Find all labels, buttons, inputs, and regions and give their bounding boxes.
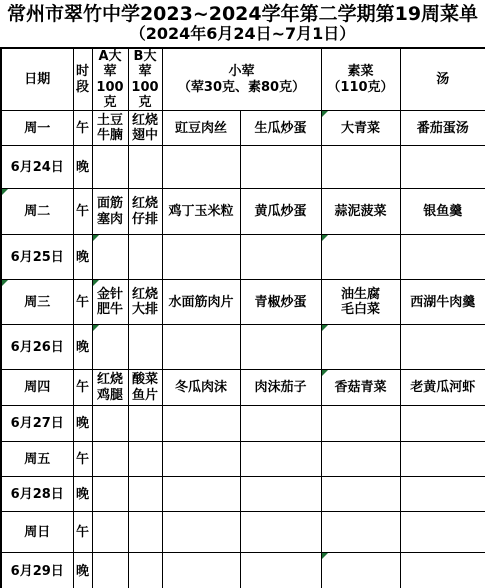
cell-small-dish-1 [162, 553, 240, 588]
cell-dish-a: 面筋 塞肉 [92, 189, 128, 235]
table-row: 周一午土豆 牛腩红烧 翅中豇豆肉丝生瓜炒蛋大青菜番茄蛋汤 [1, 111, 485, 146]
cell-soup [400, 477, 485, 512]
comment-marker-icon [93, 325, 99, 331]
cell-veg [321, 325, 400, 370]
comment-marker-icon [2, 280, 8, 286]
cell-date: 6月29日 [1, 553, 73, 588]
cell-small-dish-1: 冬瓜肉沫 [162, 370, 240, 406]
cell-small-dish-2 [240, 512, 321, 553]
cell-dish-a: 土豆 牛腩 [92, 111, 128, 146]
menu-title-line1: 常州市翠竹中学2023~2024学年第二学期第19周菜单 [7, 4, 478, 25]
cell-small-dish-2: 肉沫茄子 [240, 370, 321, 406]
cell-dish-b [128, 512, 162, 553]
cell-soup [400, 325, 485, 370]
cell-veg: 香菇青菜 [321, 370, 400, 406]
cell-dish-b [128, 477, 162, 512]
cell-date: 周日 [1, 512, 73, 553]
cell-date: 周三 [1, 280, 73, 325]
table-row: 周五午 [1, 442, 485, 477]
cell-small-dish-2 [240, 146, 321, 189]
cell-small-dish-1: 鸡丁玉米粒 [162, 189, 240, 235]
cell-date: 6月26日 [1, 325, 73, 370]
cell-period: 午 [73, 442, 92, 477]
header-small-dish: 小荤 （荤30克、素80克） [162, 48, 321, 111]
cell-small-dish-2 [240, 325, 321, 370]
comment-marker-icon [93, 280, 99, 286]
cell-soup: 老黄瓜河虾 [400, 370, 485, 406]
cell-period: 午 [73, 189, 92, 235]
cell-veg [321, 235, 400, 280]
table-row: 6月28日晚 [1, 477, 485, 512]
cell-small-dish-2: 黄瓜炒蛋 [240, 189, 321, 235]
cell-dish-a [92, 442, 128, 477]
menu-page: 常州市翠竹中学2023~2024学年第二学期第19周菜单 （2024年6月24日… [0, 0, 485, 588]
cell-small-dish-1 [162, 146, 240, 189]
cell-date: 6月28日 [1, 477, 73, 512]
page-title: 常州市翠竹中学2023~2024学年第二学期第19周菜单 （2024年6月24日… [0, 0, 485, 47]
cell-date: 周一 [1, 111, 73, 146]
menu-table-body: 周一午土豆 牛腩红烧 翅中豇豆肉丝生瓜炒蛋大青菜番茄蛋汤6月24日晚周二午面筋 … [1, 111, 485, 588]
table-row: 周四午红烧 鸡腿酸菜 鱼片冬瓜肉沫肉沫茄子香菇青菜老黄瓜河虾 [1, 370, 485, 406]
cell-dish-a [92, 512, 128, 553]
cell-date: 周四 [1, 370, 73, 406]
cell-dish-a [92, 146, 128, 189]
table-row: 6月25日晚 [1, 235, 485, 280]
comment-marker-icon [93, 235, 99, 241]
header-row: 日期 时段 A大 荤 100 克 B大 荤 100 克 小荤 （荤30克、素80… [1, 48, 485, 111]
cell-period: 午 [73, 111, 92, 146]
cell-small-dish-1 [162, 406, 240, 442]
cell-small-dish-1 [162, 325, 240, 370]
comment-marker-icon [322, 235, 328, 241]
menu-table-header: 日期 时段 A大 荤 100 克 B大 荤 100 克 小荤 （荤30克、素80… [1, 48, 485, 111]
cell-period: 晚 [73, 325, 92, 370]
cell-dish-b: 红烧 翅中 [128, 111, 162, 146]
cell-small-dish-2 [240, 235, 321, 280]
cell-period: 晚 [73, 235, 92, 280]
table-row: 6月26日晚 [1, 325, 485, 370]
cell-period: 晚 [73, 146, 92, 189]
cell-dish-b: 红烧 大排 [128, 280, 162, 325]
cell-dish-b [128, 406, 162, 442]
cell-veg [321, 406, 400, 442]
cell-veg [321, 512, 400, 553]
cell-small-dish-1 [162, 512, 240, 553]
cell-dish-a [92, 406, 128, 442]
cell-soup [400, 512, 485, 553]
cell-dish-a: 金针 肥牛 [92, 280, 128, 325]
header-date: 日期 [1, 48, 73, 111]
comment-marker-icon [322, 370, 328, 376]
cell-small-dish-2: 青椒炒蛋 [240, 280, 321, 325]
cell-small-dish-2 [240, 477, 321, 512]
table-row: 6月29日晚 [1, 553, 485, 588]
cell-dish-a [92, 477, 128, 512]
cell-date: 6月25日 [1, 235, 73, 280]
cell-dish-a [92, 553, 128, 588]
cell-dish-b: 酸菜 鱼片 [128, 370, 162, 406]
cell-dish-a [92, 235, 128, 280]
cell-dish-b [128, 553, 162, 588]
comment-marker-icon [322, 111, 328, 117]
header-soup: 汤 [400, 48, 485, 111]
header-period: 时段 [73, 48, 92, 111]
cell-small-dish-1 [162, 442, 240, 477]
menu-title-line2: （2024年6月24日~7月1日） [130, 25, 356, 43]
cell-veg [321, 146, 400, 189]
cell-date: 周五 [1, 442, 73, 477]
cell-small-dish-1 [162, 235, 240, 280]
cell-small-dish-2 [240, 553, 321, 588]
cell-period: 午 [73, 370, 92, 406]
cell-period: 午 [73, 512, 92, 553]
cell-dish-b [128, 442, 162, 477]
cell-date: 6月24日 [1, 146, 73, 189]
cell-dish-a: 红烧 鸡腿 [92, 370, 128, 406]
table-row: 6月24日晚 [1, 146, 485, 189]
cell-veg [321, 477, 400, 512]
cell-veg: 蒜泥菠菜 [321, 189, 400, 235]
table-row: 周三午金针 肥牛红烧 大排水面筋肉片青椒炒蛋油生腐 毛白菜西湖牛肉羹 [1, 280, 485, 325]
cell-period: 午 [73, 280, 92, 325]
cell-soup [400, 406, 485, 442]
header-veg: 素菜 （110克） [321, 48, 400, 111]
cell-soup: 银鱼羹 [400, 189, 485, 235]
cell-dish-b: 红烧 仔排 [128, 189, 162, 235]
table-row: 周日午 [1, 512, 485, 553]
cell-period: 晚 [73, 553, 92, 588]
cell-soup: 西湖牛肉羹 [400, 280, 485, 325]
table-row: 6月27日晚 [1, 406, 485, 442]
cell-dish-b [128, 146, 162, 189]
cell-date: 周二 [1, 189, 73, 235]
cell-soup [400, 553, 485, 588]
cell-small-dish-2 [240, 406, 321, 442]
cell-period: 晚 [73, 477, 92, 512]
comment-marker-icon [2, 189, 8, 195]
cell-small-dish-1: 水面筋肉片 [162, 280, 240, 325]
cell-dish-b [128, 235, 162, 280]
cell-small-dish-1 [162, 477, 240, 512]
header-dish-b: B大 荤 100 克 [128, 48, 162, 111]
cell-soup [400, 146, 485, 189]
cell-small-dish-2: 生瓜炒蛋 [240, 111, 321, 146]
cell-date: 6月27日 [1, 406, 73, 442]
cell-veg: 油生腐 毛白菜 [321, 280, 400, 325]
cell-veg: 大青菜 [321, 111, 400, 146]
cell-soup [400, 235, 485, 280]
cell-veg [321, 442, 400, 477]
table-row: 周二午面筋 塞肉红烧 仔排鸡丁玉米粒黄瓜炒蛋蒜泥菠菜银鱼羹 [1, 189, 485, 235]
comment-marker-icon [322, 553, 328, 559]
cell-soup: 番茄蛋汤 [400, 111, 485, 146]
menu-table: 日期 时段 A大 荤 100 克 B大 荤 100 克 小荤 （荤30克、素80… [0, 47, 485, 588]
cell-small-dish-1: 豇豆肉丝 [162, 111, 240, 146]
cell-period: 晚 [73, 406, 92, 442]
header-dish-a: A大 荤 100 克 [92, 48, 128, 111]
cell-dish-b [128, 325, 162, 370]
cell-veg [321, 553, 400, 588]
comment-marker-icon [322, 325, 328, 331]
cell-small-dish-2 [240, 442, 321, 477]
cell-dish-a [92, 325, 128, 370]
cell-soup [400, 442, 485, 477]
